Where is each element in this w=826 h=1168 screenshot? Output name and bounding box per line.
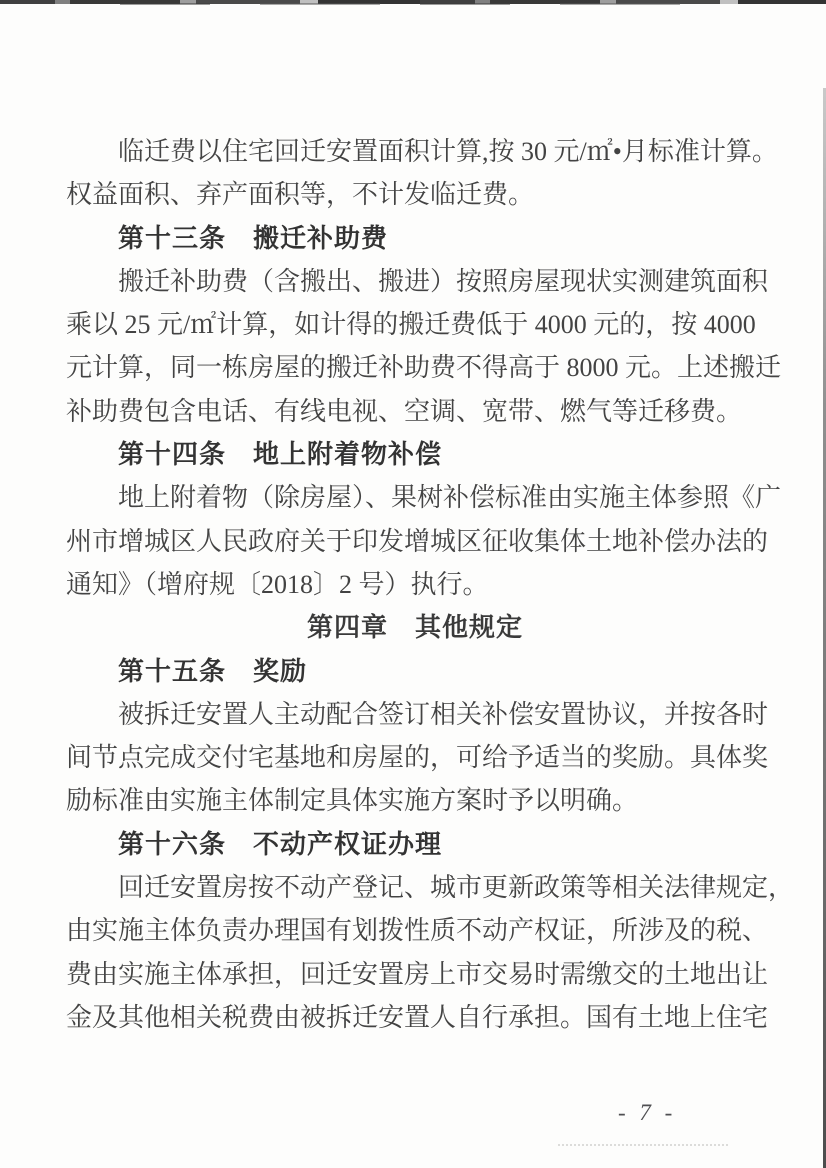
body-line: 回迁安置房按不动产登记、城市更新政策等相关法律规定， bbox=[66, 866, 764, 909]
document-text-column: 临迁费以住宅回迁安置面积计算,按 30 元/㎡•月标准计算。 权益面积、弃产面积… bbox=[66, 130, 764, 1039]
body-line: 被拆迁安置人主动配合签订相关补偿安置协议，并按各时 bbox=[66, 693, 764, 736]
body-line: 由实施主体负责办理国有划拨性质不动产权证，所涉及的税、 bbox=[66, 909, 764, 952]
page-number: - 7 - bbox=[618, 1098, 698, 1128]
body-line: 州市增城区人民政府关于印发增城区征收集体土地补偿办法的 bbox=[66, 520, 764, 563]
article-14-heading: 第十四条 地上附着物补偿 bbox=[66, 433, 764, 476]
body-line: 临迁费以住宅回迁安置面积计算,按 30 元/㎡•月标准计算。 bbox=[66, 130, 764, 173]
body-line: 权益面积、弃产面积等，不计发临迁费。 bbox=[66, 173, 764, 216]
body-line: 通知》（增府规〔2018〕2 号）执行。 bbox=[66, 563, 764, 606]
body-line: 地上附着物（除房屋）、果树补偿标准由实施主体参照《广 bbox=[66, 476, 764, 519]
body-line: 费由实施主体承担，回迁安置房上市交易时需缴交的土地出让 bbox=[66, 953, 764, 996]
body-line: 金及其他相关税费由被拆迁安置人自行承担。国有土地上住宅 bbox=[66, 996, 764, 1039]
scan-artifact-dots bbox=[558, 1144, 728, 1146]
body-line: 补助费包含电话、有线电视、空调、宽带、燃气等迁移费。 bbox=[66, 390, 764, 433]
chapter-4-heading: 第四章 其他规定 bbox=[66, 606, 764, 649]
article-15-heading: 第十五条 奖励 bbox=[66, 650, 764, 693]
scan-edge-top-shadow bbox=[120, 3, 680, 5]
body-line: 乘以 25 元/㎡计算，如计得的搬迁费低于 4000 元的，按 4000 bbox=[66, 303, 764, 346]
document-page: 临迁费以住宅回迁安置面积计算,按 30 元/㎡•月标准计算。 权益面积、弃产面积… bbox=[0, 0, 826, 1168]
article-13-heading: 第十三条 搬迁补助费 bbox=[66, 217, 764, 260]
body-line: 励标准由实施主体制定具体实施方案时予以明确。 bbox=[66, 779, 764, 822]
body-line: 元计算，同一栋房屋的搬迁补助费不得高于 8000 元。上述搬迁 bbox=[66, 346, 764, 389]
body-line: 搬迁补助费（含搬出、搬进）按照房屋现状实测建筑面积 bbox=[66, 260, 764, 303]
body-line: 间节点完成交付宅基地和房屋的，可给予适当的奖励。具体奖 bbox=[66, 736, 764, 779]
article-16-heading: 第十六条 不动产权证办理 bbox=[66, 823, 764, 866]
